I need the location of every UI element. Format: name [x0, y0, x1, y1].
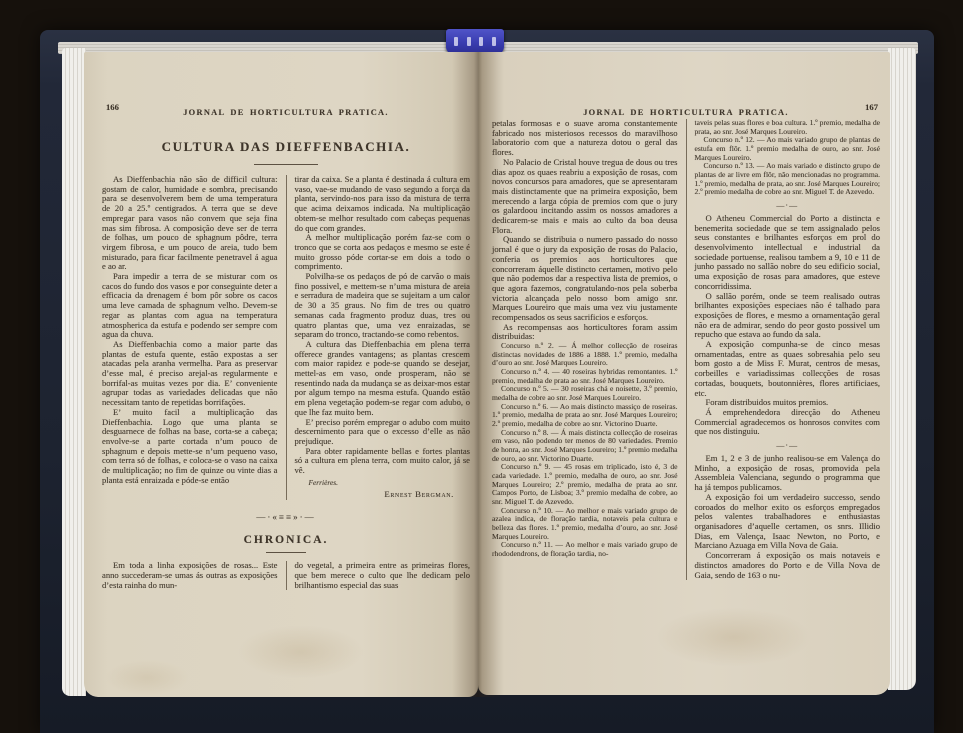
running-header: JORNAL DE HORTICULTURA PRATICA.	[183, 108, 389, 117]
paragraph: E’ preciso porém empregar o adubo com mu…	[295, 418, 471, 447]
page-left: 166 JORNAL DE HORTICULTURA PRATICA. CULT…	[84, 52, 478, 697]
article-columns: As Dieffenbachia não são de difficil cul…	[102, 175, 470, 500]
bookmark-mark	[479, 37, 483, 46]
column-1: petalas formosas e o suave aroma constan…	[492, 119, 686, 580]
title-rule	[254, 164, 318, 165]
paragraph: As recompensas aos horticultores foram a…	[492, 323, 678, 342]
paragraph: Em 1, 2 e 3 de junho realisou-se em Vale…	[695, 454, 881, 493]
paragraph: A melhor multiplicação porém faz-se com …	[295, 233, 471, 272]
page-header: 166 JORNAL DE HORTICULTURA PRATICA.	[102, 102, 470, 115]
bookmark-mark	[492, 37, 496, 46]
prize-entry: Concurso n.º 5. — 30 roseiras chá e nois…	[492, 385, 678, 402]
chronica-title: CHRONICA.	[102, 534, 470, 546]
page-edges-right	[888, 48, 916, 690]
paragraph: Em toda a linha exposições de rosas... E…	[102, 561, 278, 590]
paragraph: A cultura das Dieffenbachia em plena ter…	[295, 340, 471, 418]
article-title: CULTURA DAS DIEFFENBACHIA.	[102, 139, 470, 155]
paragraph: O sallão porém, onde se teem realisado o…	[695, 292, 881, 341]
prize-entry: Concurso n.º 8. — Á mais distincta colle…	[492, 429, 678, 464]
prize-entry: Concurso n.º 2. — Á melhor collecção de …	[492, 342, 678, 368]
chronica-column-1: Em toda a linha exposições de rosas... E…	[102, 561, 286, 590]
chronica-rule	[266, 552, 306, 553]
blue-spine-bookmark	[446, 29, 504, 54]
paragraph: Á emprehendedora direcção do Atheneu Com…	[695, 408, 881, 437]
bookmark-mark	[454, 37, 458, 46]
page-number: 167	[865, 102, 878, 112]
prize-entry: taveis pelas suas flores e boa cultura. …	[695, 119, 881, 136]
paragraph: A exposição foi um verdadeiro successo, …	[695, 493, 881, 551]
paragraph: Para obter rapidamente bellas e fortes p…	[295, 447, 471, 476]
article-column-2: tirar da caixa. Se a planta é destinada …	[286, 175, 471, 500]
prize-entry: Concurso n.º 12. — Ao mais variado grupo…	[695, 136, 881, 162]
paragraph: Concorreram á exposição os mais notaveis…	[695, 551, 881, 580]
section-ornament: —·«≡≡»·—	[102, 512, 470, 522]
paragraph: No Palacio de Cristal houve tregua de do…	[492, 158, 678, 236]
bookmark-mark	[467, 37, 471, 46]
chronica-columns: Em toda a linha exposições de rosas... E…	[102, 561, 470, 590]
paragraph: petalas formosas e o suave aroma constan…	[492, 119, 678, 158]
paragraph: Quando se distribuia o numero passado do…	[492, 235, 678, 322]
column-2: taveis pelas suas flores e boa cultura. …	[686, 119, 881, 580]
prize-entry: Concurso n.º 10. — Ao melhor e mais vari…	[492, 507, 678, 542]
paragraph: tirar da caixa. Se a planta é destinada …	[295, 175, 471, 233]
paragraph: E’ muito facil a multiplicação das Dieff…	[102, 408, 278, 486]
scanned-book-photo: 166 JORNAL DE HORTICULTURA PRATICA. CULT…	[0, 0, 963, 733]
signature-place: Ferrières.	[295, 479, 471, 487]
paragraph: As Dieffenbachia como a maior parte das …	[102, 340, 278, 408]
chronica-columns-continued: petalas formosas e o suave aroma constan…	[492, 119, 880, 580]
prize-entry: Concurso n.º 6. — Ao mais distincto mass…	[492, 403, 678, 429]
paragraph: Para impedir a terra de se misturar com …	[102, 272, 278, 340]
chronica-column-2: do vegetal, a primeira entre as primeira…	[286, 561, 471, 590]
paragraph-divider: —·—	[695, 201, 881, 210]
page-edges-left	[62, 48, 86, 696]
paragraph: Polvilha-se os pedaços de pó de carvão o…	[295, 272, 471, 340]
paragraph-divider: —·—	[695, 441, 881, 450]
page-header: JORNAL DE HORTICULTURA PRATICA. 167	[492, 102, 880, 115]
paragraph: A exposição compunha-se de cinco mesas o…	[695, 340, 881, 398]
prize-entry: Concurso n.º 9. — 45 rosas em triplicado…	[492, 463, 678, 506]
page-right: JORNAL DE HORTICULTURA PRATICA. 167 peta…	[478, 52, 890, 695]
running-header: JORNAL DE HORTICULTURA PRATICA.	[583, 108, 789, 117]
page-number: 166	[106, 102, 119, 112]
article-column-1: As Dieffenbachia não são de difficil cul…	[102, 175, 286, 500]
paragraph: As Dieffenbachia não são de difficil cul…	[102, 175, 278, 272]
signature-name: Ernest Bergman.	[295, 490, 471, 500]
paragraph: O Atheneu Commercial do Porto a distinct…	[695, 214, 881, 292]
paragraph: do vegetal, a primeira entre as primeira…	[295, 561, 471, 590]
prize-entry: Concurso n.º 4. — 40 roseiras hybridas r…	[492, 368, 678, 385]
prize-entry: Concurso n.º 13. — Ao mais variado e dis…	[695, 162, 881, 197]
prize-entry: Concurso n.º 11. — Ao melhor e mais vari…	[492, 541, 678, 558]
